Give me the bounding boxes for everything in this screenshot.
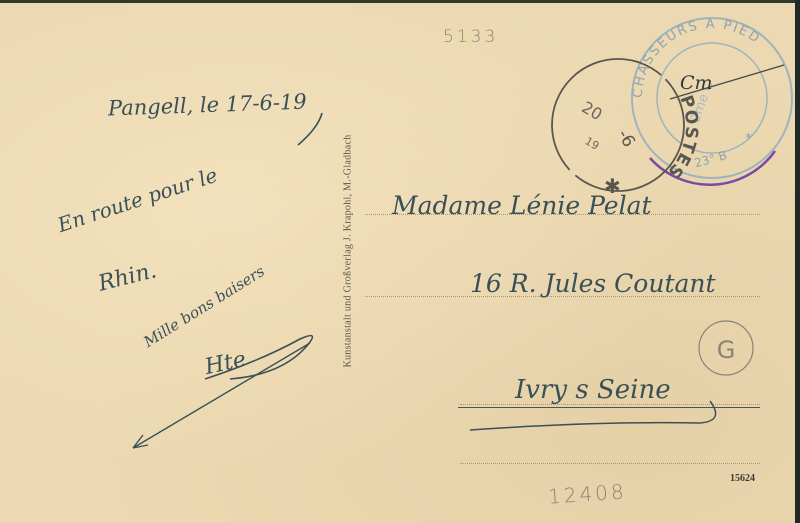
address-underline-flourish — [470, 401, 716, 430]
svg-text:✱: ✱ — [604, 174, 621, 198]
scan-edge-right — [795, 0, 800, 523]
signature-flourish — [205, 336, 312, 379]
postcard-back: 5133 12408 Kunstanstalt und Großverlag J… — [0, 3, 795, 523]
unit-cachet-stamp: CHASSEURS A PIED 23° B * 2me C Cm — [631, 17, 792, 185]
svg-text:*: * — [745, 131, 752, 147]
svg-text:Cm: Cm — [680, 72, 713, 94]
svg-text:-6: -6 — [613, 126, 639, 151]
svg-text:20: 20 — [578, 98, 605, 125]
circled-letter-g: G — [699, 321, 753, 375]
stamps-and-strokes: G CHASSEURS A PIED 23° B * 2me C Cm — [0, 3, 795, 523]
svg-text:G: G — [717, 336, 736, 364]
arrow-icon — [133, 343, 310, 448]
svg-text:19: 19 — [583, 134, 602, 152]
